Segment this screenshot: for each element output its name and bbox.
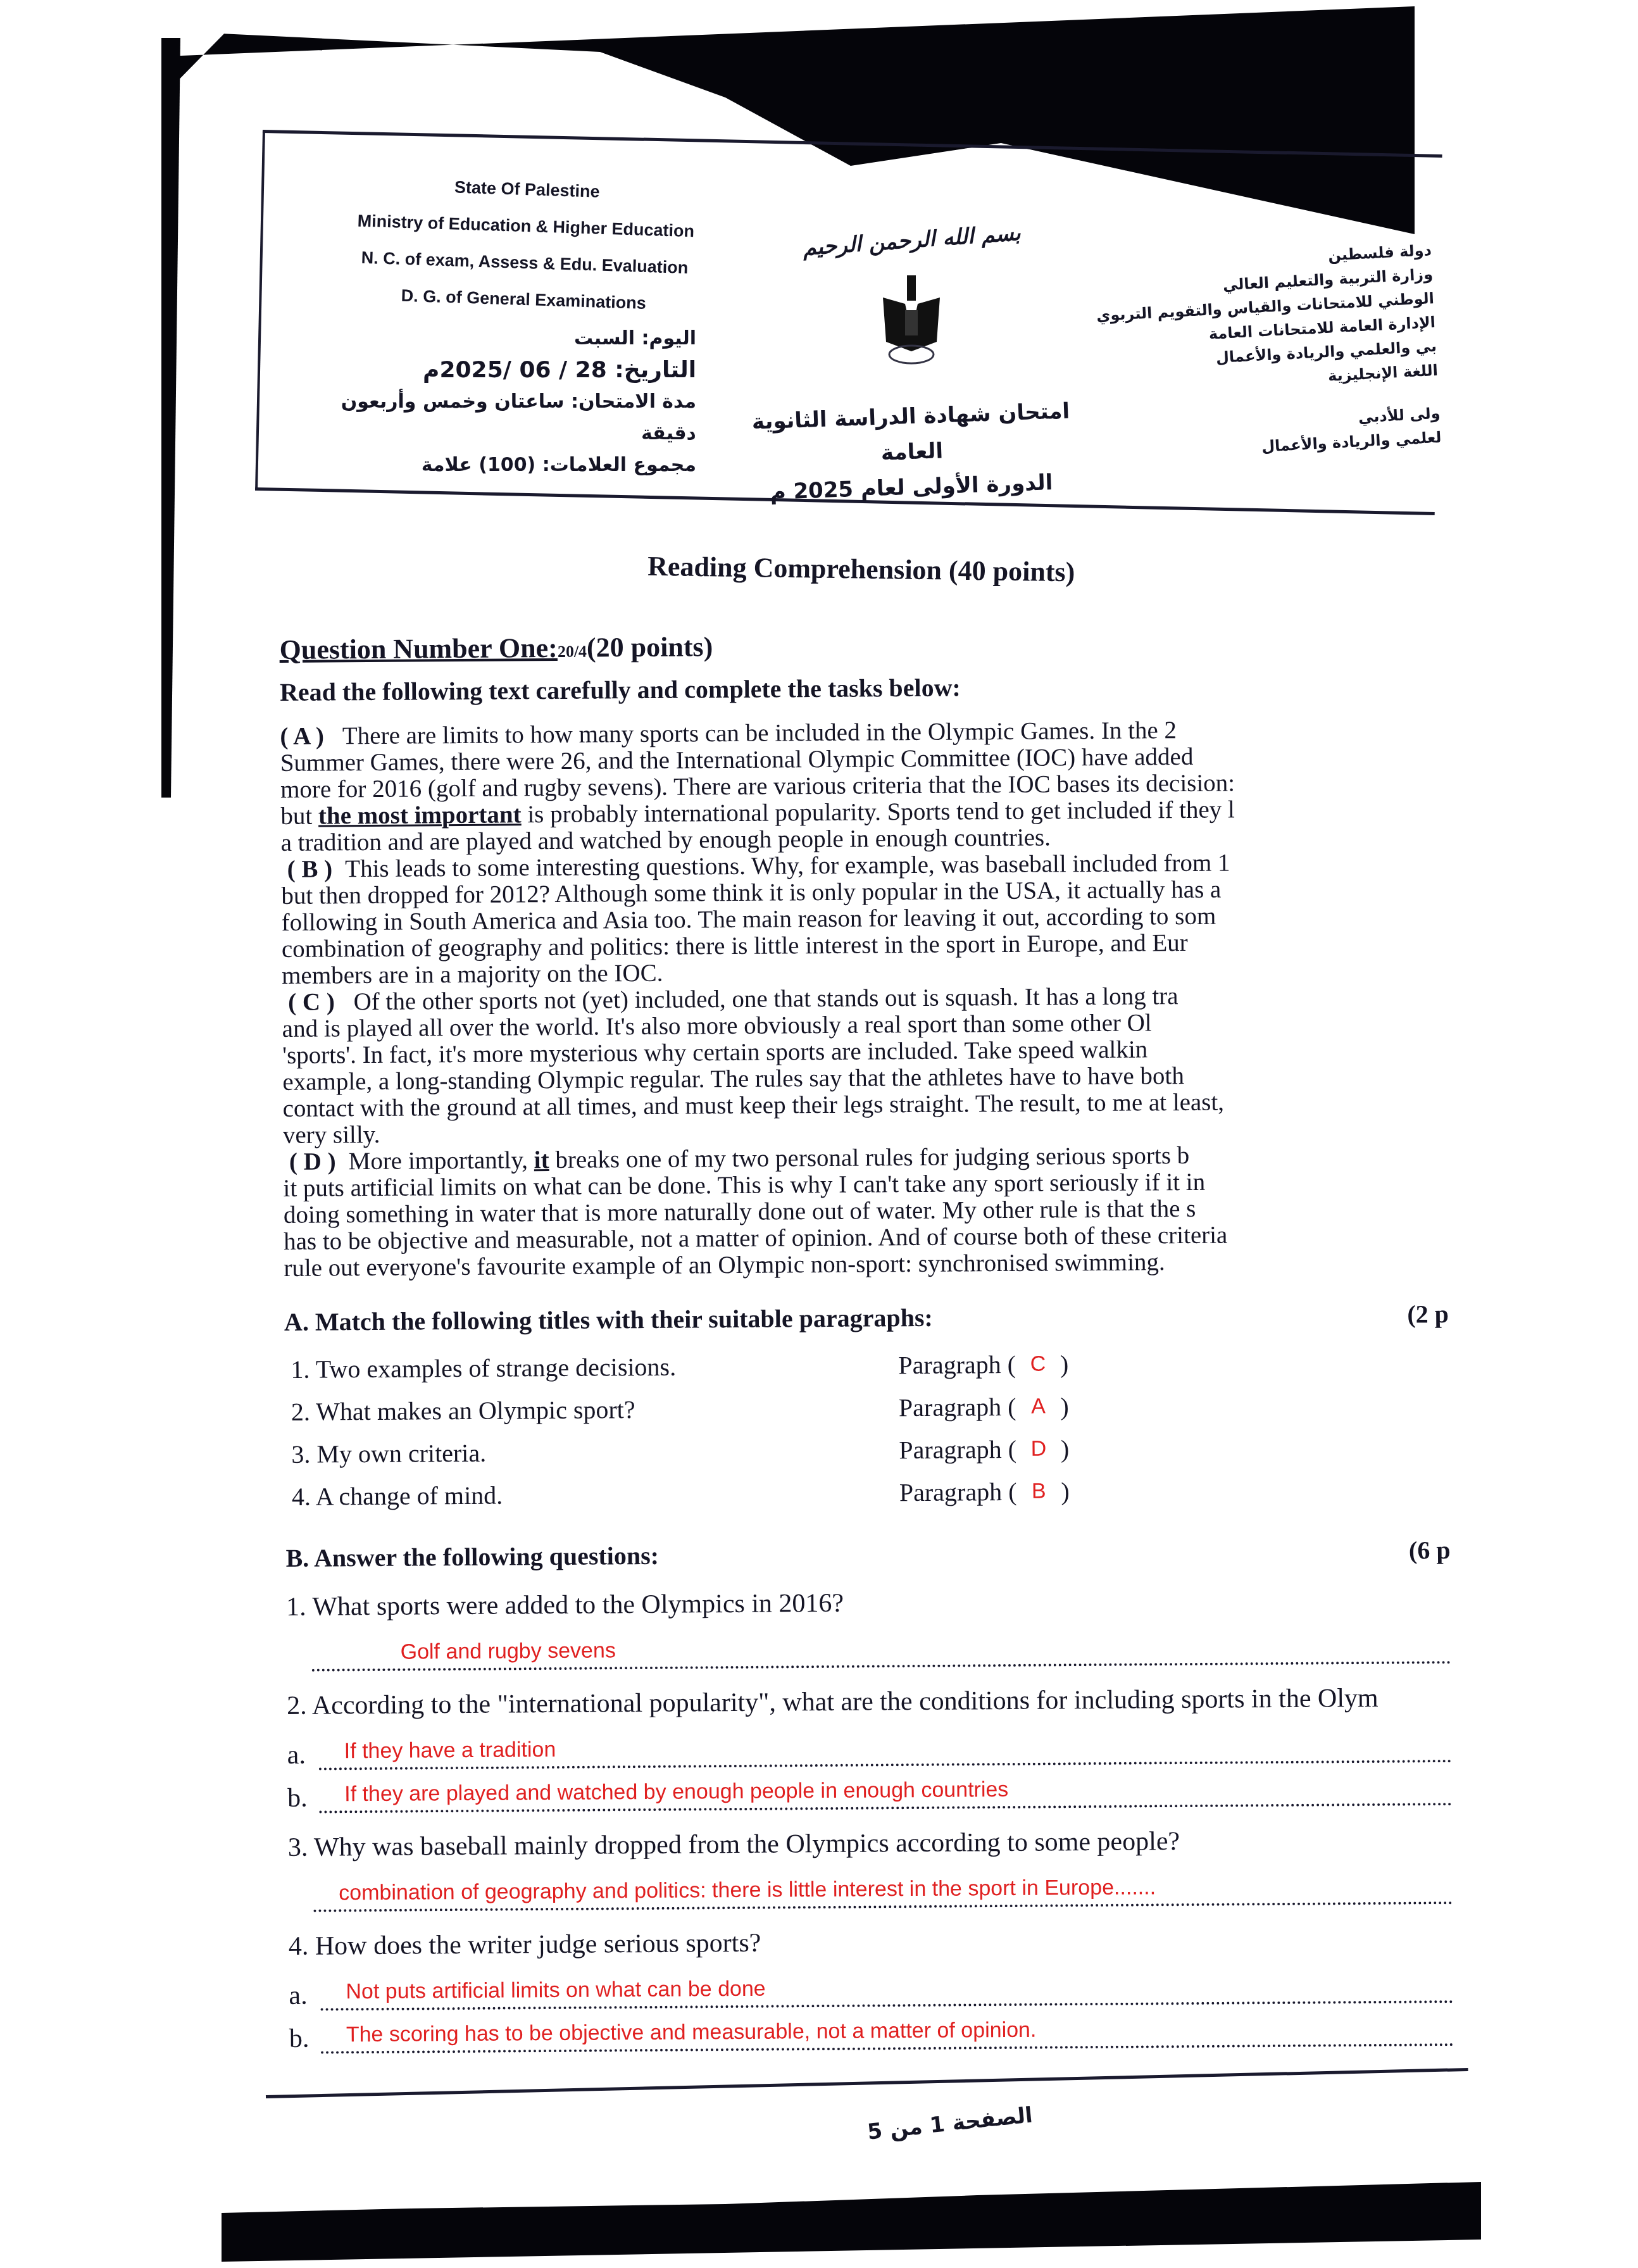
sub-answer: a. Not puts artificial limits on what ca… <box>289 1960 1453 2011</box>
match-item: 1. Two examples of strange decisions. Pa… <box>284 1340 1449 1391</box>
match-item: 2. What makes an Olympic sport? Paragrap… <box>285 1382 1449 1433</box>
instructions: Read the following text carefully and co… <box>280 669 1444 707</box>
question-2: 2. According to the "international popul… <box>287 1682 1452 1814</box>
match-answer[interactable]: C <box>1016 1351 1060 1376</box>
answer-line[interactable]: The scoring has to be objective and meas… <box>321 2003 1454 2053</box>
exam-content: Reading Comprehension (40 points) Questi… <box>278 498 1454 2054</box>
exam-date: التاريخ: 28 / 06 /2025م <box>304 354 696 386</box>
scan-background-left <box>161 38 180 798</box>
question-note: 20/4 <box>558 642 587 661</box>
exam-total-marks: مجموع العلامات: (100) علامة <box>304 449 696 481</box>
answer-line[interactable]: Golf and rugby sevens <box>311 1620 1451 1672</box>
task-b-header: B. Answer the following questions: (6 p <box>285 1535 1450 1573</box>
answer-text: Not puts artificial limits on what can b… <box>346 1977 766 2005</box>
eagle-emblem-icon <box>877 272 946 367</box>
section-title: Reading Comprehension (40 points) <box>278 545 1444 594</box>
answer-text: If they are played and watched by enough… <box>344 1777 1008 1807</box>
question-4: 4. How does the writer judge serious spo… <box>289 1923 1454 2054</box>
header-english: State Of Palestine Ministry of Education… <box>321 165 730 324</box>
question-title: Question Number One:20/4(20 points) <box>279 625 1444 666</box>
exam-day: اليوم: السبت <box>304 323 696 354</box>
question-3: 3. Why was baseball mainly dropped from … <box>288 1824 1453 1912</box>
exam-page: State Of Palestine Ministry of Education… <box>184 70 1424 2177</box>
question-1: 1. What sports were added to the Olympic… <box>286 1584 1451 1672</box>
task-a-points: (2 p <box>1407 1299 1449 1329</box>
match-answer[interactable]: A <box>1016 1394 1060 1419</box>
underlined-word: it <box>534 1146 549 1174</box>
header-arabic-exam-info: اليوم: السبت التاريخ: 28 / 06 /2025م مدة… <box>304 323 696 481</box>
answer-line[interactable]: Not puts artificial limits on what can b… <box>320 1960 1453 2010</box>
match-answer[interactable]: D <box>1016 1436 1061 1461</box>
answer-text: The scoring has to be objective and meas… <box>346 2018 1037 2048</box>
answer-line[interactable]: If they have a tradition <box>318 1719 1451 1770</box>
answer-text: Golf and rugby sevens <box>401 1638 616 1664</box>
answer-text: combination of geography and politics: t… <box>339 1875 1156 1905</box>
match-item: 4. A change of mind. Paragraph ( B ) <box>285 1467 1450 1518</box>
sub-answer: b. The scoring has to be objective and m… <box>289 2003 1454 2054</box>
paragraph-label-d: ( D ) <box>289 1148 336 1175</box>
underlined-phrase: the most important <box>318 801 522 829</box>
sub-answer: b. If they are played and watched by eno… <box>287 1762 1452 1814</box>
sub-answer: a. If they have a tradition <box>287 1719 1451 1770</box>
exam-duration: مدة الامتحان: ساعتان وخمس وأربعون دقيقة <box>304 386 696 449</box>
task-a-header: A. Match the following titles with their… <box>284 1299 1449 1337</box>
exam-title: امتحان شهادة الدراسة الثانوية العامة <box>733 392 1090 475</box>
match-item: 3. My own criteria. Paragraph ( D ) <box>285 1425 1449 1475</box>
paragraph-label-c: ( C ) <box>288 988 335 1016</box>
scan-background-bottom <box>222 2177 1481 2266</box>
reading-passage: ( A ) There are limits to how many sport… <box>280 715 1423 1282</box>
question-number: Question Number One: <box>279 632 558 665</box>
task-b-points: (6 p <box>1409 1535 1451 1565</box>
paragraph-label-b: ( B ) <box>287 855 333 882</box>
answer-text: If they have a tradition <box>344 1738 556 1764</box>
header-arabic-authority: دولة فلسطين وزارة التربية والتعليم العال… <box>1090 238 1442 467</box>
answer-line[interactable]: combination of geography and politics: t… <box>313 1861 1453 1912</box>
answer-line[interactable]: If they are played and watched by enough… <box>319 1762 1452 1813</box>
match-answer[interactable]: B <box>1016 1479 1061 1503</box>
match-list: 1. Two examples of strange decisions. Pa… <box>284 1340 1450 1518</box>
paragraph-label-a: ( A ) <box>280 723 324 750</box>
header-center: بسم الله الرحمن الرحيم امتحان شهادة الدر… <box>734 228 1089 505</box>
question-points: (20 points) <box>587 631 713 663</box>
task-b-title: B. Answer the following questions: <box>285 1541 659 1573</box>
task-a-title: A. Match the following titles with their… <box>284 1303 933 1337</box>
